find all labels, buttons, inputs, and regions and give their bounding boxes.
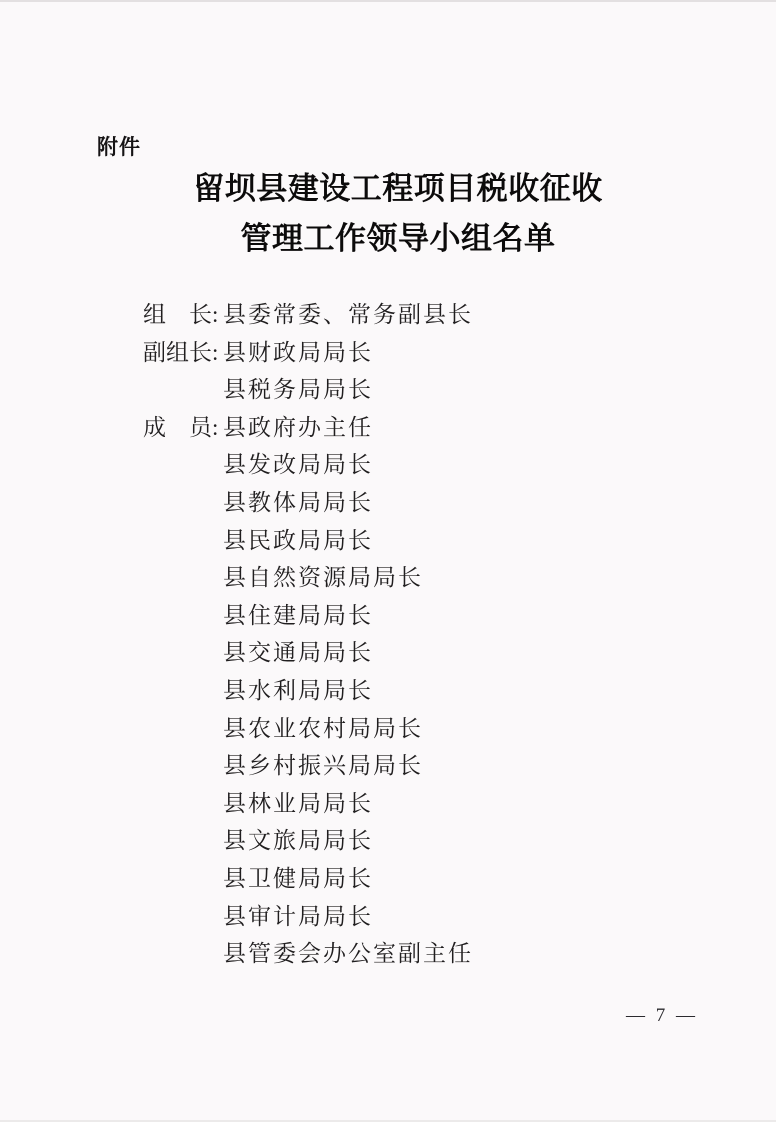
roster-row: 县民政局局长 — [143, 522, 473, 560]
roster-member: 县民政局局长 — [223, 522, 373, 560]
roster-row: 县卫健局局长 — [143, 860, 473, 898]
roster-row: 县自然资源局局长 — [143, 559, 473, 597]
roster-role-label: 成 员: — [143, 409, 223, 447]
roster-member: 县农业农村局局长 — [223, 710, 423, 748]
roster: 组 长:县委常委、常务副县长 副组长:县财政局局长 县税务局局长 成 员:县政府… — [143, 296, 473, 973]
roster-member: 县发改局局长 — [223, 446, 373, 484]
roster-member: 县文旅局局长 — [223, 822, 373, 860]
roster-row: 县管委会办公室副主任 — [143, 935, 473, 973]
roster-role-label: 副组长: — [143, 334, 223, 372]
roster-member: 县水利局局长 — [223, 672, 373, 710]
roster-member: 县管委会办公室副主任 — [223, 935, 473, 973]
roster-row: 县住建局局长 — [143, 597, 473, 635]
document-title-line2: 管理工作领导小组名单 — [20, 214, 776, 264]
roster-member: 县财政局局长 — [223, 334, 373, 372]
roster-row: 县交通局局长 — [143, 634, 473, 672]
roster-row: 县农业农村局局长 — [143, 710, 473, 748]
page-number: — 7 — — [626, 1005, 698, 1027]
roster-member: 县教体局局长 — [223, 484, 373, 522]
roster-member: 县委常委、常务副县长 — [223, 296, 473, 334]
roster-row: 县林业局局长 — [143, 785, 473, 823]
roster-member: 县林业局局长 — [223, 785, 373, 823]
roster-member: 县交通局局长 — [223, 634, 373, 672]
roster-member: 县住建局局长 — [223, 597, 373, 635]
roster-row: 县审计局局长 — [143, 898, 473, 936]
roster-member: 县税务局局长 — [223, 371, 373, 409]
roster-member: 县审计局局长 — [223, 898, 373, 936]
roster-row: 县发改局局长 — [143, 446, 473, 484]
roster-member: 县卫健局局长 — [223, 860, 373, 898]
roster-member: 县乡村振兴局局长 — [223, 747, 423, 785]
roster-row: 组 长:县委常委、常务副县长 — [143, 296, 473, 334]
roster-row: 县乡村振兴局局长 — [143, 747, 473, 785]
roster-member: 县自然资源局局长 — [223, 559, 423, 597]
document-title: 留坝县建设工程项目税收征收 管理工作领导小组名单 — [20, 164, 776, 264]
document-title-line1: 留坝县建设工程项目税收征收 — [20, 164, 776, 214]
roster-row: 县水利局局长 — [143, 672, 473, 710]
roster-member: 县政府办主任 — [223, 409, 373, 447]
roster-row: 县教体局局长 — [143, 484, 473, 522]
scanned-document-page: 附件 留坝县建设工程项目税收征收 管理工作领导小组名单 组 长:县委常委、常务副… — [0, 0, 776, 1122]
roster-row: 县文旅局局长 — [143, 822, 473, 860]
roster-row: 副组长:县财政局局长 — [143, 334, 473, 372]
roster-row: 县税务局局长 — [143, 371, 473, 409]
attachment-label: 附件 — [97, 131, 141, 161]
roster-row: 成 员:县政府办主任 — [143, 409, 473, 447]
roster-role-label: 组 长: — [143, 296, 223, 334]
